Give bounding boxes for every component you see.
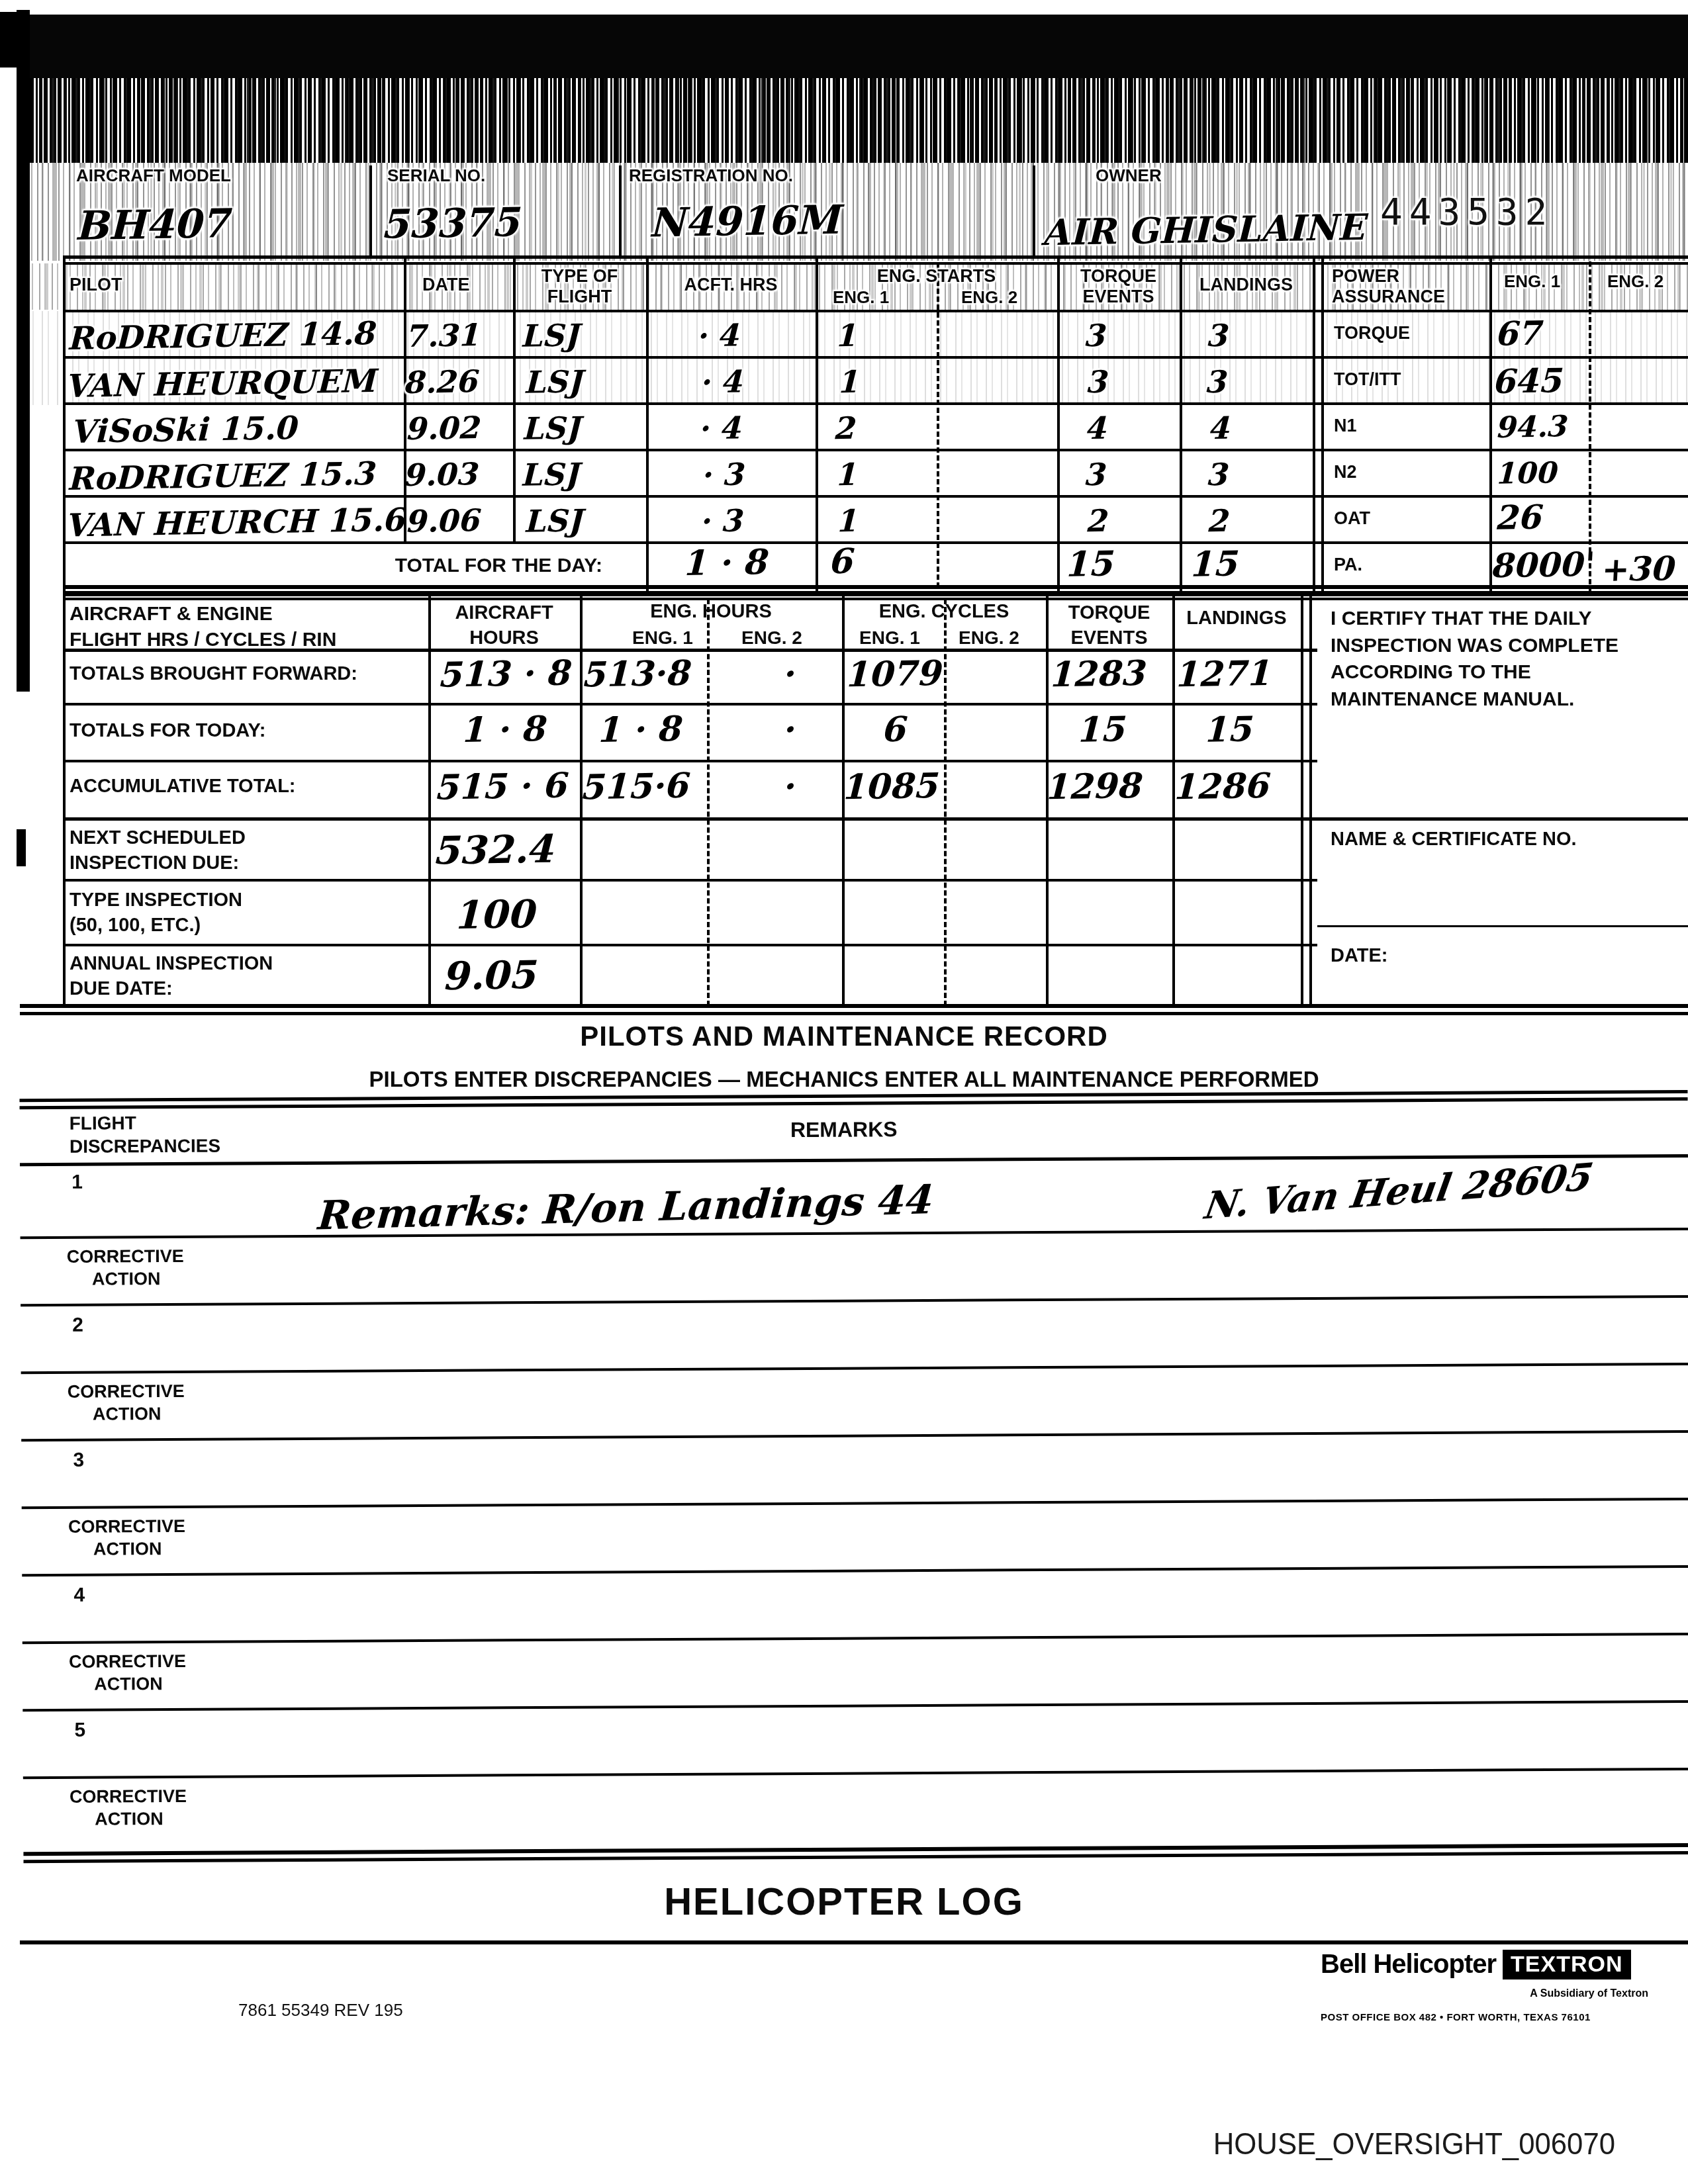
pa-n1-value: 94.3 bbox=[1497, 410, 1570, 445]
remark-entry: Remarks: R/on Landings 44 bbox=[316, 1177, 935, 1240]
remarks-header: REMARKS bbox=[0, 1113, 1688, 1146]
accumulative-total-label: ACCUMULATIVE TOTAL: bbox=[70, 776, 296, 797]
tbf-eng-cycles-1: 1079 bbox=[846, 653, 944, 696]
tft-landings: 15 bbox=[1205, 709, 1255, 750]
stamp-number: 443532 bbox=[1380, 191, 1554, 234]
pa-torque-value: 67 bbox=[1496, 313, 1544, 353]
type-of-flight: LSJ bbox=[522, 317, 582, 354]
scan-edge-mark bbox=[17, 829, 26, 866]
corrective-action-label: ACTION bbox=[93, 1539, 162, 1560]
eng-cycles-eng1-header: ENG. 1 bbox=[859, 627, 920, 649]
corrective-action-label: ACTION bbox=[93, 1404, 162, 1425]
acft-hrs: · 4 bbox=[700, 410, 744, 446]
helicopter-log-page: AIRCRAFT MODEL SERIAL NO. REGISTRATION N… bbox=[0, 0, 1688, 2184]
eng-starts-col-header: ENG. STARTS bbox=[816, 266, 1057, 287]
brand-tagline: A Subsidiary of Textron bbox=[1321, 1988, 1648, 2000]
pa-eng2-header: ENG. 2 bbox=[1607, 271, 1664, 292]
pilot-col-header: PILOT bbox=[70, 275, 122, 295]
aircraft-model-value: BH407 bbox=[77, 201, 233, 250]
corrective-action-label: CORRECTIVE bbox=[69, 1651, 186, 1672]
corrective-action-label: ACTION bbox=[95, 1809, 164, 1830]
scan-corner-mark bbox=[0, 12, 20, 68]
form-number: 7861 55349 REV 195 bbox=[238, 2000, 403, 2021]
discrepancy-row-number: 3 bbox=[73, 1449, 84, 1472]
tft-torque-events: 15 bbox=[1078, 709, 1128, 750]
type-inspection-label: TYPE INSPECTION (50, 100, ETC.) bbox=[70, 888, 242, 938]
total-torque-events: 15 bbox=[1066, 543, 1116, 584]
pa-n2-value: 100 bbox=[1497, 456, 1560, 491]
eng-starts-eng1-header: ENG. 1 bbox=[833, 287, 889, 308]
flight-date: 8.26 bbox=[404, 363, 481, 400]
torque-events-header: TORQUE EVENTS bbox=[1046, 601, 1172, 651]
tft-eng-hours-1: 1 · 8 bbox=[598, 709, 684, 751]
helicopter-log-title: HELICOPTER LOG bbox=[0, 1880, 1688, 1924]
pilot-name: VAN HEURQUEM bbox=[67, 363, 379, 405]
tbf-eng-hours-2: · bbox=[783, 654, 797, 694]
tft-aircraft-hours: 1 · 8 bbox=[462, 709, 548, 751]
corrective-action-label: CORRECTIVE bbox=[67, 1246, 184, 1267]
eng-starts-1: 2 bbox=[835, 410, 858, 447]
totals-for-today-label: TOTALS FOR TODAY: bbox=[70, 720, 265, 742]
corrective-action-label: ACTION bbox=[92, 1269, 161, 1290]
total-for-day-label: TOTAL FOR THE DAY: bbox=[185, 555, 602, 577]
pilot-name: VAN HEURCH 15.6 bbox=[67, 502, 408, 545]
type-of-flight-col-header: TYPE OF FLIGHT bbox=[513, 266, 646, 307]
acft-hrs: · 3 bbox=[701, 502, 745, 539]
tbf-torque-events: 1283 bbox=[1050, 653, 1148, 696]
discrepancy-row-number: 2 bbox=[72, 1314, 83, 1337]
flight-date: 7.31 bbox=[406, 317, 483, 354]
acc-eng-hours-2: · bbox=[783, 766, 797, 807]
discrepancy-row-number: 1 bbox=[71, 1171, 83, 1194]
acc-aircraft-hours: 515 · 6 bbox=[436, 765, 569, 808]
type-inspection-value: 100 bbox=[455, 891, 538, 938]
landings: 3 bbox=[1207, 318, 1231, 354]
pa-eng1-header: ENG. 1 bbox=[1504, 271, 1560, 292]
torque-events: 3 bbox=[1085, 457, 1108, 493]
acft-hrs: · 4 bbox=[701, 363, 745, 400]
date-label: DATE: bbox=[1331, 945, 1387, 967]
totals-header-label: AIRCRAFT & ENGINE FLIGHT HRS / CYCLES / … bbox=[70, 601, 336, 653]
next-inspection-label: NEXT SCHEDULED INSPECTION DUE: bbox=[70, 826, 246, 876]
pa-torque-label: TORQUE bbox=[1334, 323, 1410, 343]
pa-n2-label: N2 bbox=[1334, 462, 1357, 482]
acft-hrs-col-header: ACFT. HRS bbox=[646, 275, 816, 295]
acc-landings: 1286 bbox=[1174, 766, 1272, 808]
tft-eng-cycles-1: 6 bbox=[882, 709, 908, 751]
acft-hrs: · 4 bbox=[698, 317, 742, 353]
acc-eng-hours-1: 515·6 bbox=[581, 766, 691, 808]
landings: 4 bbox=[1209, 410, 1233, 447]
discrepancy-row-number: 4 bbox=[73, 1584, 85, 1607]
owner-value: AIR GHISLAINE bbox=[1043, 206, 1368, 254]
brand-logo: Bell Helicopter TEXTRON bbox=[1321, 1950, 1631, 1979]
landings-col-header: LANDINGS bbox=[1180, 275, 1313, 295]
pa-totitt-value: 645 bbox=[1493, 361, 1564, 401]
serial-no-value: 53375 bbox=[383, 199, 523, 248]
type-of-flight: LSJ bbox=[522, 456, 582, 493]
corrective-action-label: CORRECTIVE bbox=[68, 1516, 185, 1537]
pa-oat-value: 26 bbox=[1496, 497, 1544, 537]
landings-header: LANDINGS bbox=[1172, 608, 1301, 629]
torque-events: 4 bbox=[1086, 410, 1109, 447]
discrepancy-row-number: 5 bbox=[74, 1719, 85, 1742]
flight-date: 9.02 bbox=[406, 410, 483, 447]
flight-date: 9.06 bbox=[406, 502, 483, 539]
landings: 3 bbox=[1207, 457, 1231, 493]
scan-edge-bar bbox=[17, 10, 30, 692]
tbf-landings: 1271 bbox=[1176, 653, 1274, 696]
registration-no-label: REGISTRATION NO. bbox=[629, 165, 793, 186]
tbf-eng-hours-1: 513·8 bbox=[583, 653, 692, 696]
flight-date: 9.03 bbox=[404, 456, 481, 493]
landings: 2 bbox=[1208, 503, 1231, 539]
landings: 3 bbox=[1206, 364, 1229, 400]
next-inspection-value: 532.4 bbox=[434, 826, 557, 873]
power-assurance-col-header: POWER ASSURANCE bbox=[1332, 266, 1445, 307]
annual-inspection-value: 9.05 bbox=[444, 952, 539, 999]
corrective-action-label: CORRECTIVE bbox=[70, 1786, 187, 1807]
annual-inspection-label: ANNUAL INSPECTION DUE DATE: bbox=[70, 952, 273, 1001]
name-certificate-label: NAME & CERTIFICATE NO. bbox=[1331, 829, 1577, 850]
certify-statement: I CERTIFY THAT THE DAILY INSPECTION WAS … bbox=[1331, 606, 1688, 713]
tft-eng-hours-2: · bbox=[783, 709, 797, 750]
pa-n1-label: N1 bbox=[1334, 416, 1357, 436]
brand-address: POST OFFICE BOX 482 • FORT WORTH, TEXAS … bbox=[1321, 2012, 1591, 2023]
pa-pa-value-eng2: +30 bbox=[1601, 549, 1677, 589]
pa-oat-label: OAT bbox=[1334, 508, 1370, 529]
torque-events-col-header: TORQUE EVENTS bbox=[1057, 266, 1180, 307]
eng-cycles-header: ENG. CYCLES bbox=[842, 601, 1046, 623]
aircraft-hours-header: AIRCRAFT HOURS bbox=[428, 601, 580, 651]
tbf-aircraft-hours: 513 · 8 bbox=[439, 653, 573, 696]
aircraft-model-label: AIRCRAFT MODEL bbox=[76, 165, 231, 186]
eng-hours-eng1-header: ENG. 1 bbox=[632, 627, 693, 649]
eng-hours-eng2-header: ENG. 2 bbox=[741, 627, 802, 649]
total-acft-hrs: 1 · 8 bbox=[684, 542, 770, 584]
type-of-flight: LSJ bbox=[526, 363, 585, 400]
serial-no-label: SERIAL NO. bbox=[387, 165, 485, 186]
type-of-flight: LSJ bbox=[526, 502, 585, 539]
brand-name: Bell Helicopter bbox=[1321, 1950, 1496, 1979]
acc-eng-cycles-1: 1085 bbox=[843, 766, 941, 808]
bates-number: HOUSE_OVERSIGHT_006070 bbox=[1112, 2126, 1615, 2161]
torque-events: 3 bbox=[1085, 318, 1108, 354]
eng-cycles-eng2-header: ENG. 2 bbox=[959, 627, 1019, 649]
total-landings: 15 bbox=[1190, 543, 1241, 584]
owner-label: OWNER bbox=[1096, 165, 1162, 186]
torque-events: 3 bbox=[1087, 364, 1110, 400]
acft-hrs: · 3 bbox=[702, 456, 747, 492]
remark-signature: N. Van Heul 28605 bbox=[1201, 1155, 1596, 1228]
corrective-action-label: CORRECTIVE bbox=[68, 1381, 185, 1402]
acc-torque-events: 1298 bbox=[1046, 766, 1144, 808]
type-of-flight: LSJ bbox=[524, 410, 583, 447]
pilot-name: RoDRIGUEZ 15.3 bbox=[69, 455, 378, 498]
brand-box: TEXTRON bbox=[1503, 1950, 1630, 1979]
eng-starts-eng2-header: ENG. 2 bbox=[961, 287, 1017, 308]
maintenance-record-subtitle: PILOTS ENTER DISCREPANCIES — MECHANICS E… bbox=[0, 1067, 1688, 1092]
torque-events: 2 bbox=[1087, 503, 1110, 539]
corrective-action-label: ACTION bbox=[94, 1674, 163, 1695]
eng-starts-1: 1 bbox=[837, 457, 860, 493]
date-col-header: DATE bbox=[422, 275, 470, 295]
totals-brought-forward-label: TOTALS BROUGHT FORWARD: bbox=[70, 663, 357, 685]
pa-pa-label: PA. bbox=[1334, 555, 1362, 575]
pa-totitt-label: TOT/ITT bbox=[1334, 369, 1401, 390]
total-eng-starts: 6 bbox=[829, 541, 855, 582]
eng-starts-1: 1 bbox=[837, 503, 861, 539]
pa-pa-value: 8000' bbox=[1491, 545, 1596, 586]
eng-starts-1: 1 bbox=[839, 364, 862, 400]
maintenance-record-title: PILOTS AND MAINTENANCE RECORD bbox=[0, 1021, 1688, 1052]
pilot-name: ViSoSki 15.0 bbox=[72, 410, 300, 451]
registration-no-value: N4916M bbox=[651, 197, 844, 246]
pilot-name: RoDRIGUEZ 14.8 bbox=[69, 315, 378, 357]
eng-starts-1: 1 bbox=[837, 318, 860, 354]
eng-hours-header: ENG. HOURS bbox=[580, 601, 842, 623]
